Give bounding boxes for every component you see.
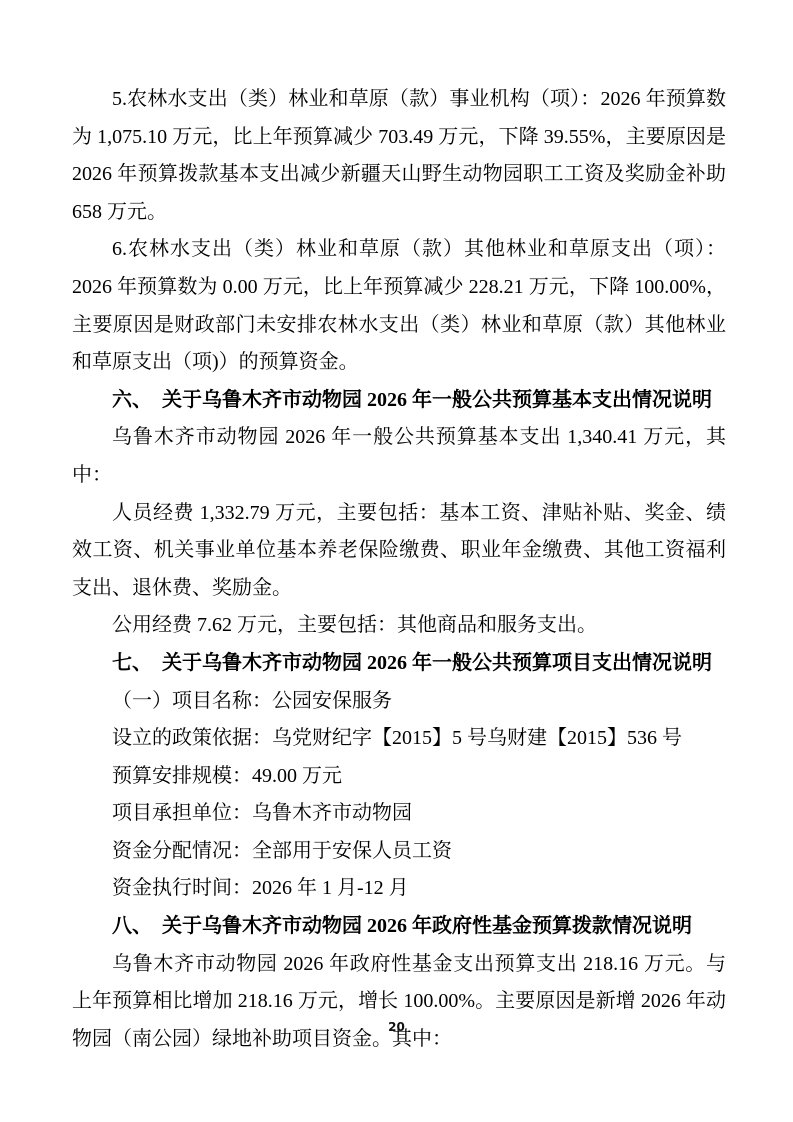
- document-page: 5.农林水支出（类）林业和草原（款）事业机构（项）：2026 年预算数为 1,0…: [0, 0, 793, 1122]
- paragraph-execution-time: 资金执行时间：2026 年 1 月-12 月: [72, 870, 726, 908]
- paragraph-fund-allocation: 资金分配情况：全部用于安保人员工资: [72, 833, 726, 871]
- paragraph-gov-fund-budget: 乌鲁木齐市动物园 2026 年政府性基金支出预算支出 218.16 万元。与上年…: [72, 946, 726, 1059]
- paragraph-basic-expenditure: 乌鲁木齐市动物园 2026 年一般公共预算基本支出 1,340.41 万元，其中…: [72, 419, 726, 494]
- paragraph-item-5: 5.农林水支出（类）林业和草原（款）事业机构（项）：2026 年预算数为 1,0…: [72, 81, 726, 231]
- paragraph-project-unit: 项目承担单位：乌鲁木齐市动物园: [72, 795, 726, 833]
- document-body: 5.农林水支出（类）林业和草原（款）事业机构（项）：2026 年预算数为 1,0…: [72, 81, 726, 1058]
- paragraph-personnel-funds: 人员经费 1,332.79 万元，主要包括：基本工资、津贴补贴、奖金、绩效工资、…: [72, 495, 726, 608]
- paragraph-public-funds: 公用经费 7.62 万元，主要包括：其他商品和服务支出。: [72, 607, 726, 645]
- section-heading-eight: 八、 关于乌鲁木齐市动物园 2026 年政府性基金预算拨款情况说明: [72, 908, 726, 946]
- paragraph-budget-scale: 预算安排规模：49.00 万元: [72, 758, 726, 796]
- paragraph-policy-basis: 设立的政策依据：乌党财纪字【2015】5 号乌财建【2015】536 号: [72, 720, 726, 758]
- section-heading-seven: 七、 关于乌鲁木齐市动物园 2026 年一般公共预算项目支出情况说明: [72, 645, 726, 683]
- paragraph-project-name: （一）项目名称：公园安保服务: [72, 683, 726, 721]
- paragraph-item-6: 6.农林水支出（类）林业和草原（款）其他林业和草原支出（项）：2026 年预算数…: [72, 231, 726, 381]
- page-number: 20: [0, 1020, 793, 1034]
- section-heading-six: 六、 关于乌鲁木齐市动物园 2026 年一般公共预算基本支出情况说明: [72, 382, 726, 420]
